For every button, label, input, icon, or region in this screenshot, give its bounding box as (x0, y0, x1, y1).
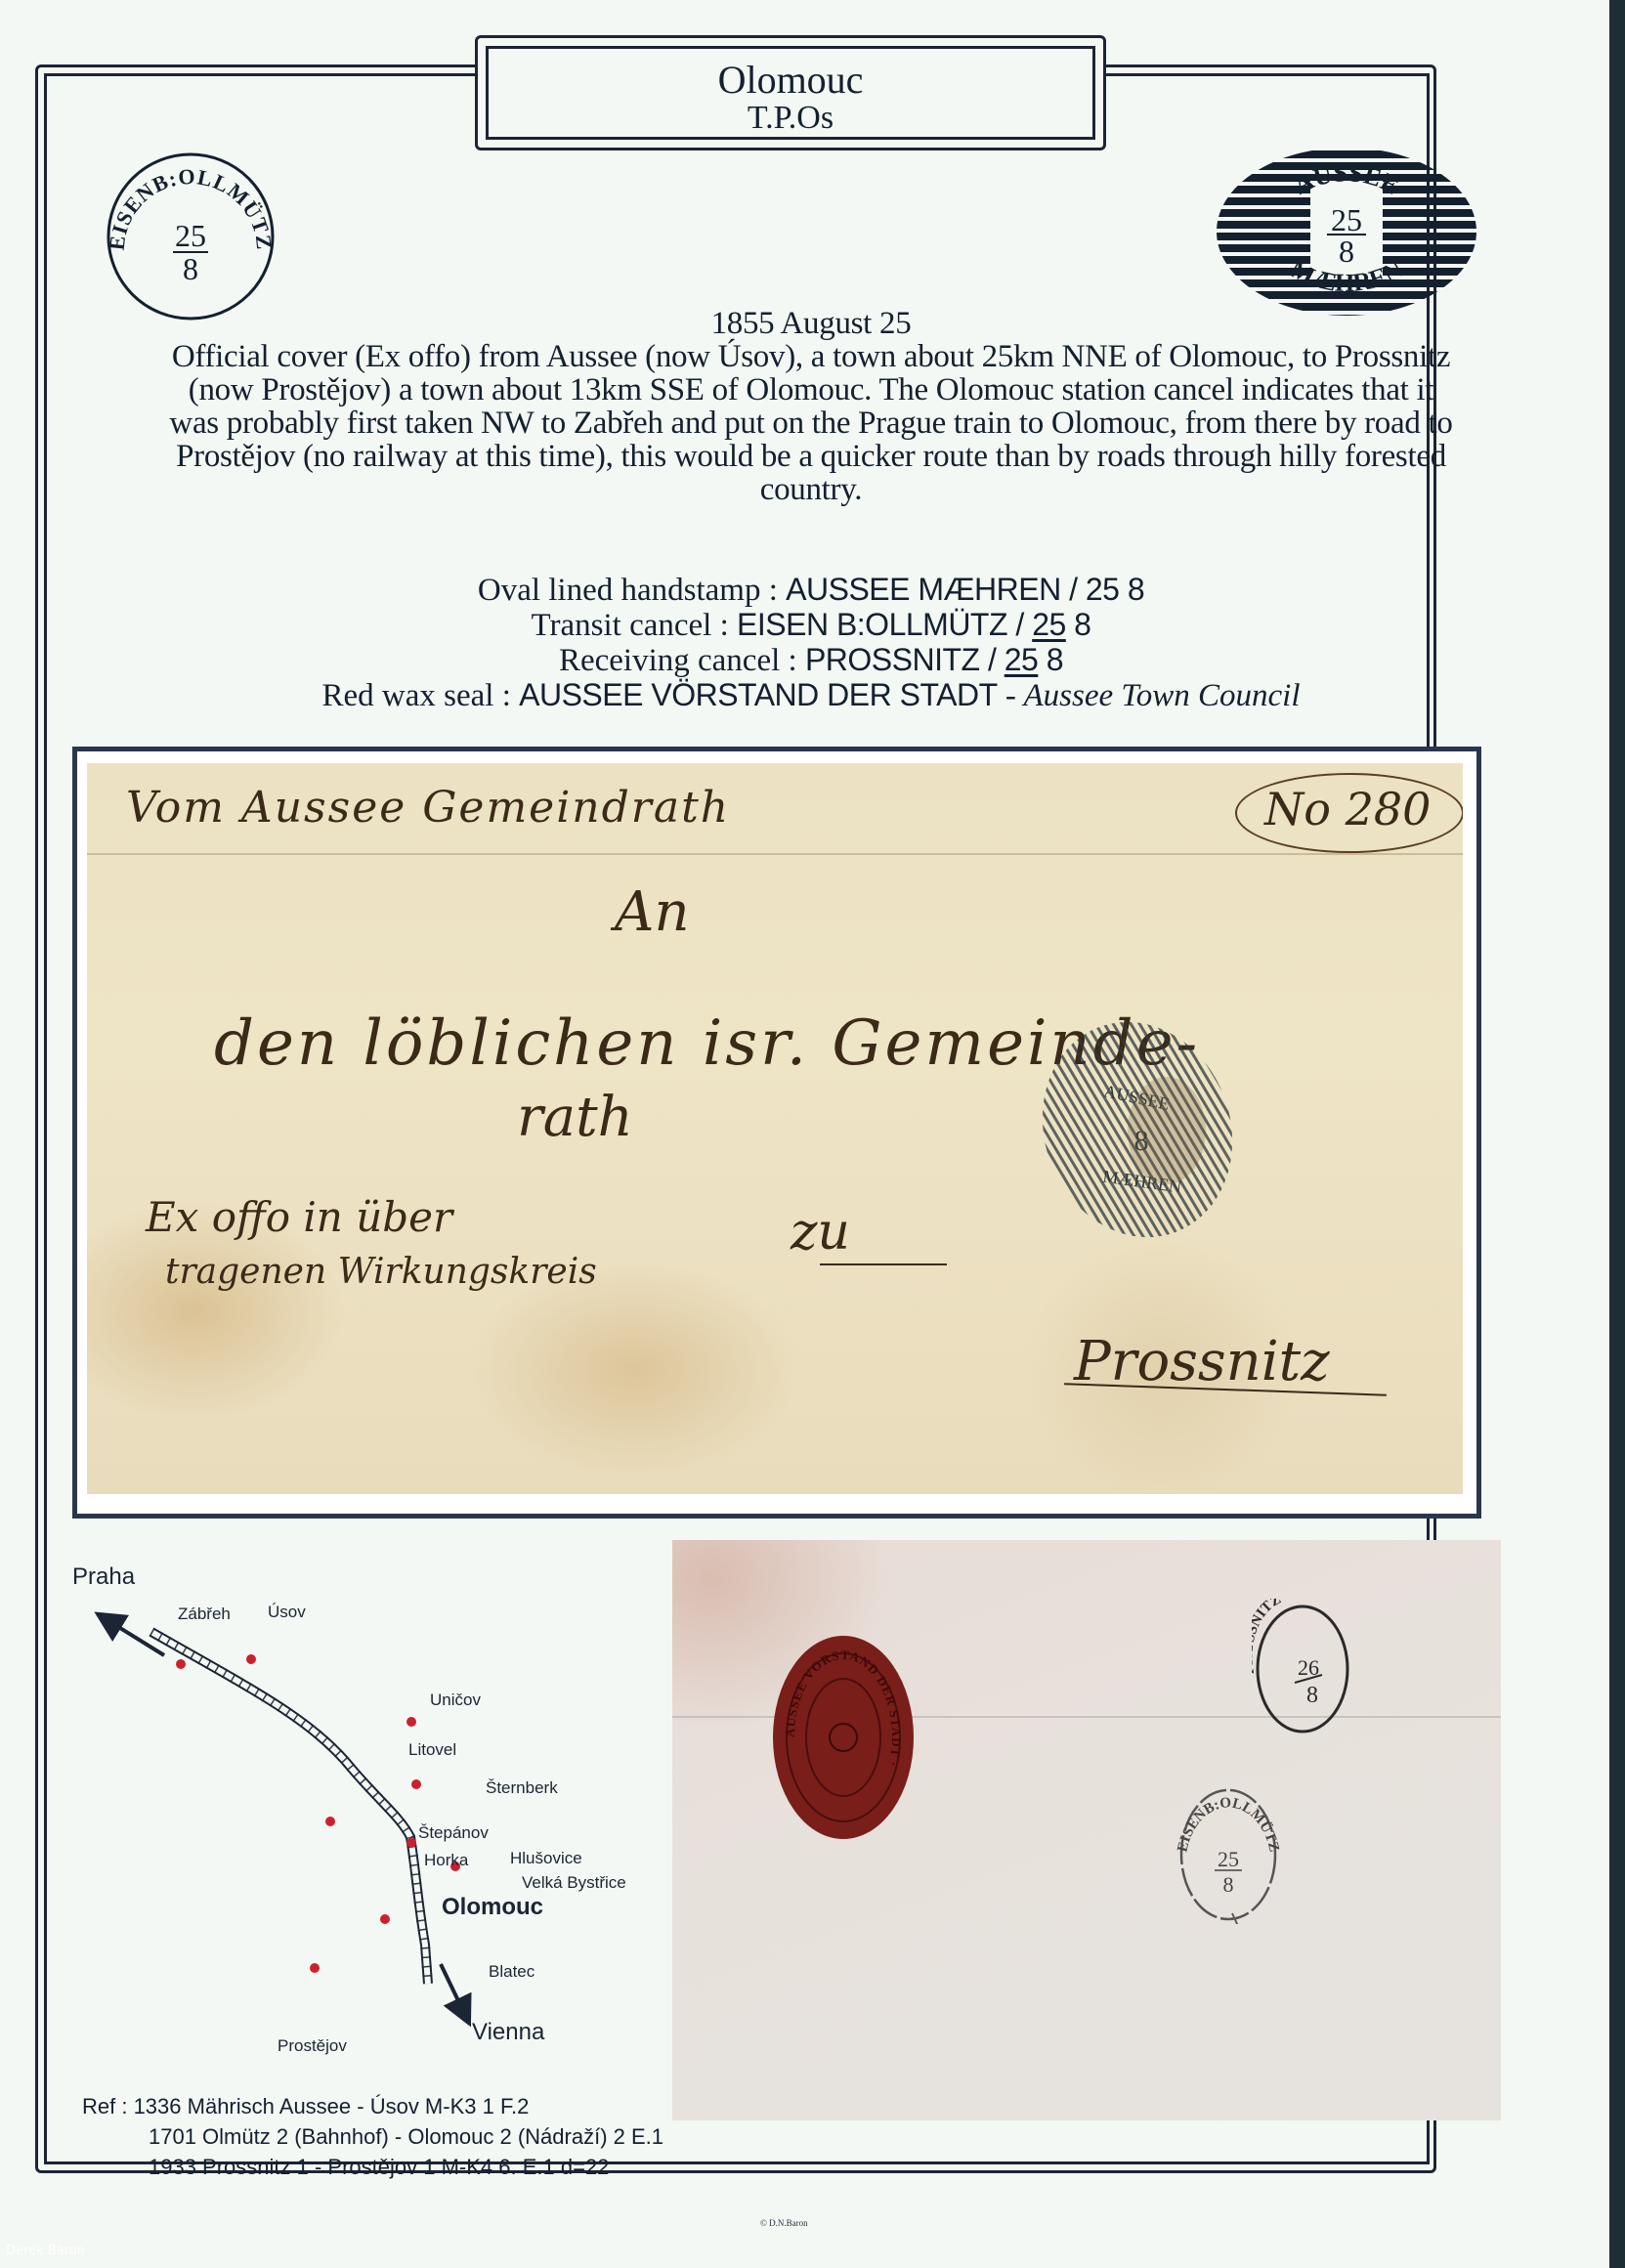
svg-text:8: 8 (1223, 1872, 1234, 1897)
cover-front-photo: Vom Aussee Gemeindrath No 280 An den löb… (72, 747, 1481, 1519)
reference-1: Ref : 1336 Mährisch Aussee - Úsov M-K3 1… (82, 2091, 663, 2121)
scan-edge (1609, 0, 1625, 2268)
aussee-oval-postmark: AUSSEE 8 MÆHREN (1040, 1015, 1235, 1245)
map-label-litovel: Litovel (408, 1740, 456, 1760)
marking-wax-seal: Red wax seal : AUSSEE VÖRSTAND DER STADT… (156, 678, 1466, 713)
handwriting-rath: rath (517, 1086, 633, 1149)
handwriting-ex-offo-2: tragenen Wirkungskreis (165, 1252, 597, 1292)
copyright: © D.N.Baron (760, 2218, 808, 2228)
handwriting-zu: zu (791, 1203, 850, 1262)
map-label-horka: Horka (424, 1851, 468, 1870)
svg-text:25: 25 (1331, 202, 1362, 237)
title-box: Olomouc T.P.Os (475, 35, 1106, 150)
svg-text:EISENB:OLLMÜTZ: EISENB:OLLMÜTZ (1175, 1795, 1281, 1854)
cover-description: Official cover (Ex offo) from Aussee (no… (156, 340, 1466, 506)
map-label-vienna: Vienna (472, 2019, 544, 2046)
map-label-sternberk: Šternberk (486, 1778, 558, 1798)
map-label-zabreh: Zábřeh (178, 1605, 231, 1624)
handwriting-sender: Vom Aussee Gemeindrath (126, 783, 730, 833)
cover-date: 1855 August 25 (156, 307, 1466, 340)
watermark: Derek Baron (6, 2244, 85, 2258)
page-title: Olomouc (489, 59, 1092, 102)
svg-text:8: 8 (1306, 1683, 1318, 1708)
description: 1855 August 25 Official cover (Ex offo) … (156, 307, 1466, 506)
cover-paper: Vom Aussee Gemeindrath No 280 An den löb… (87, 763, 1463, 1494)
cover-back-photo: AUSSEE VORSTAND DER STADT · PROSSNITZ 26… (672, 1540, 1501, 2120)
svg-text:8: 8 (1339, 234, 1354, 269)
route-map: Praha Zábřeh Úsov Uničov Litovel Šternbe… (59, 1554, 664, 2081)
handwriting-number: No 280 (1264, 783, 1431, 835)
reference-2: 1701 Olmütz 2 (Bahnhof) - Olomouc 2 (Nád… (82, 2121, 663, 2152)
page-subtitle: T.P.Os (489, 102, 1092, 135)
oval-lined-cancel-illustration: AUSSEE MÆHREN 25 8 (1215, 147, 1478, 318)
map-label-praha: Praha (72, 1563, 135, 1591)
map-label-hlusovice: Hlušovice (510, 1849, 582, 1868)
svg-text:8: 8 (183, 251, 198, 286)
prossnitz-receiving-cancel: PROSSNITZ 26 8 (1252, 1599, 1349, 1735)
marking-receiving: Receiving cancel : PROSSNITZ / 25 8 (156, 643, 1466, 678)
map-label-velka-bystrice: Velká Bystřice (522, 1873, 626, 1893)
svg-text:25: 25 (175, 218, 206, 253)
map-label-usov: Úsov (268, 1603, 306, 1622)
map-label-unicov: Uničov (430, 1690, 481, 1710)
map-label-stepanov: Štepánov (418, 1823, 489, 1843)
marking-transit: Transit cancel : EISEN B:OLLMÜTZ / 25 8 (156, 608, 1466, 643)
map-label-blatec: Blatec (489, 1962, 535, 1982)
ollmutz-transit-cancel: EISENB:OLLMÜTZ 25 8 (1174, 1782, 1281, 1924)
red-wax-seal: AUSSEE VORSTAND DER STADT · (770, 1633, 917, 1843)
references: Ref : 1336 Mährisch Aussee - Úsov M-K3 1… (82, 2091, 663, 2182)
marking-handstamp: Oval lined handstamp : AUSSEE MÆHREN / 2… (156, 573, 1466, 608)
map-label-olomouc: Olomouc (442, 1894, 543, 1921)
svg-text:25: 25 (1218, 1847, 1239, 1871)
reference-3: 1933 Prossnitz 1 - Prostějov 1 M-K4 6. E… (82, 2152, 663, 2182)
circular-cancel-illustration: EISENB:OLLMÜTZ 25 8 (103, 147, 278, 322)
handwriting-ex-offo: Ex offo in über (146, 1193, 452, 1241)
handwriting-an: An (615, 880, 690, 944)
map-label-prostejov: Prostějov (278, 2036, 347, 2056)
markings-list: Oval lined handstamp : AUSSEE MÆHREN / 2… (156, 573, 1466, 713)
